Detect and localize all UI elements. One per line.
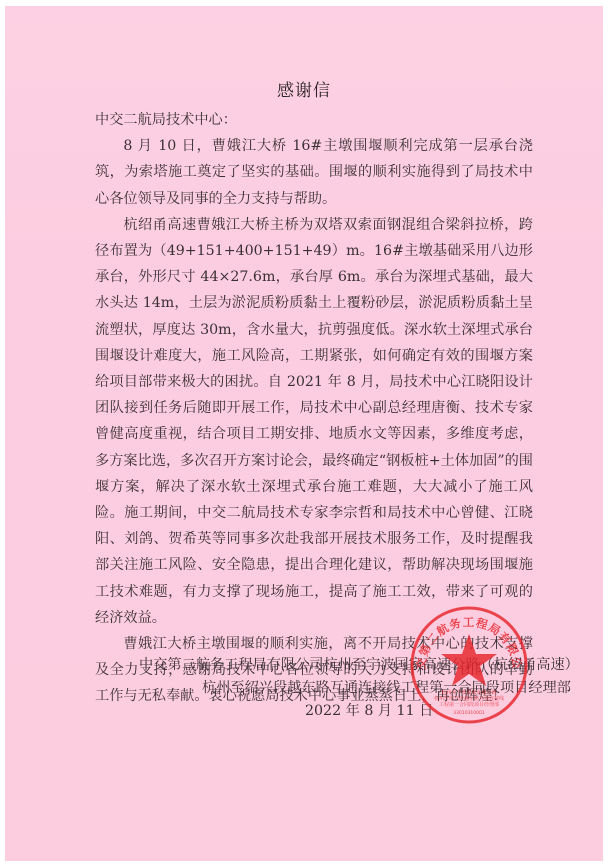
svg-text:33010310001: 33010310001 [453,710,485,716]
letter-title: 感谢信 [5,76,603,101]
letter-body: 中交二航局技术中心： 8 月 10 日，曹娥江大桥 16#主墩围堰顺利完成第一层… [95,107,533,710]
salutation: 中交二航局技术中心： [95,107,533,133]
letter-page: 感谢信 中交二航局技术中心： 8 月 10 日，曹娥江大桥 16#主墩围堰顺利完… [5,6,603,861]
paragraph-2: 杭绍甬高速曹娥江大桥主桥为双塔双索面钢混组合梁斜拉桥，跨径布置为（49+151+… [95,212,533,631]
signature-date: 2022 年 8 月 11 日 [305,700,433,720]
signature-department: 杭州至绍兴段越东路互通连接线工程第一合同段项目经理部 [202,677,571,697]
paragraph-1: 8 月 10 日，曹娥江大桥 16#主墩围堰顺利完成第一层承台浇筑，为索塔施工奠… [95,133,533,212]
signature-organization: 中交第二航务工程局有限公司杭州至宁波国家高速公路（杭绍甬高速） [139,654,579,674]
